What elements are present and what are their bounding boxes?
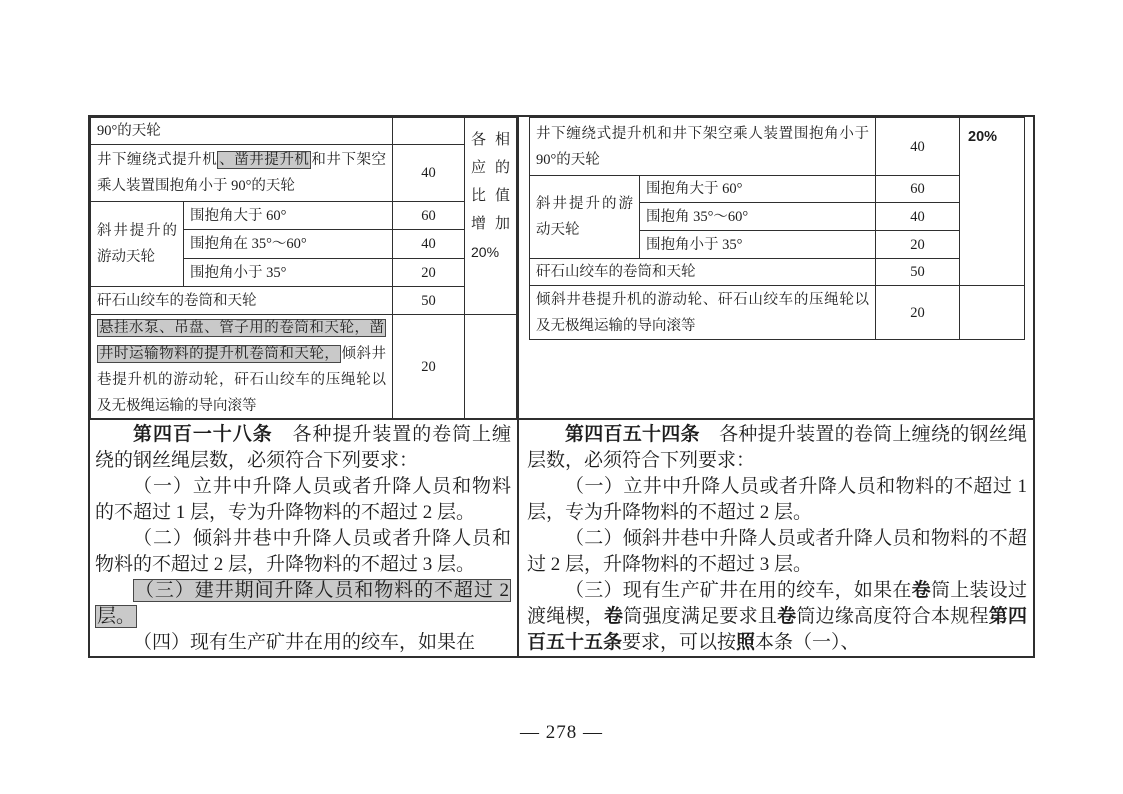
page-number: — 278 — [0,722,1123,744]
revision-bold-text: 卷 [912,580,931,601]
left-table-cell: 90°的天轮 各相 应的 比值 增加 20% 井下缠绕式提升机、凿井提升机和井下… [90,117,519,420]
ratio-note-line: 应的 [471,154,510,182]
left-article-text: 第四百一十八条 各种提升装置的卷筒上缠绕的钢丝绳层数，必须符合下列要求： （一）… [90,420,519,656]
angle-label-cell: 围抱角 35°～60° [640,203,876,231]
misc-label-cell: 悬挂水泵、吊盘、管子用的卷筒和天轮，凿井时运输物料的提升机卷筒和天轮，倾斜井巷提… [91,315,393,420]
clause-text: 要求，可以按 [622,632,736,653]
angle-value-cell: 60 [876,176,960,203]
regulation-comparison-frame: 90°的天轮 各相 应的 比值 增加 20% 井下缠绕式提升机、凿井提升机和井下… [88,115,1035,658]
table-row: 矸石山绞车的卷筒和天轮 50 [91,287,517,315]
incline-group-cell: 斜井提升的游动天轮 [530,176,640,259]
ratio-note-line: 20% [471,238,510,266]
revision-bold-text: 照 [736,632,755,653]
angle-label-cell: 围抱角小于 35° [640,231,876,259]
clause-text: 本条（一）、 [755,632,860,653]
angle-value-cell: 20 [393,259,465,287]
left-clause-table: 90°的天轮 各相 应的 比值 增加 20% 井下缠绕式提升机、凿井提升机和井下… [90,117,517,420]
misc-value-cell: 20 [393,315,465,420]
clause-heading-paragraph: 第四百一十八条 各种提升装置的卷筒上缠绕的钢丝绳层数，必须符合下列要求： [95,422,511,474]
empty-ratio-cell [465,315,517,420]
clause-item-paragraph: （三）建井期间升降人员和物料的不超过 2 层。 [95,578,511,630]
angle-value-cell: 60 [393,202,465,230]
angle-value-cell: 40 [876,203,960,231]
article-number: 第四百一十八条 [133,424,273,445]
table-row: 斜井提升的游动天轮 围抱角大于 60° 60 [530,176,1025,203]
right-clause-table: 井下缠绕式提升机和井下架空乘人装置围抱角小于 90°的天轮 40 20% 斜井提… [529,117,1025,340]
ratio-note-cell: 20% [960,118,1025,286]
gangue-label-cell: 矸石山绞车的卷筒和天轮 [530,259,876,286]
clause-item-paragraph: （四）现有生产矿井在用的绞车，如果在 [95,630,511,656]
clause-text: 筒边缘高度符合本规程 [796,606,988,627]
winding-label-cell: 井下缠绕式提升机和井下架空乘人装置围抱角小于 90°的天轮 [530,118,876,176]
document-page: { "colors": { "highlight": "#c9c9c9", "b… [0,0,1123,794]
clause-item-paragraph: （三）现有生产矿井在用的绞车，如果在卷筒上装设过渡绳楔，卷筒强度满足要求且卷筒边… [527,578,1027,656]
table-row: 倾斜井巷提升机的游动轮、矸石山绞车的压绳轮以及无极绳运输的导向滚等 20 [530,286,1025,340]
table-row: 斜井提升的游动天轮 围抱角大于 60° 60 [91,202,517,230]
winding-label-cell: 井下缠绕式提升机、凿井提升机和井下架空乘人装置围抱角小于 90°的天轮 [91,145,393,202]
angle-value-cell: 20 [876,231,960,259]
revision-bold-text: 卷 [777,606,796,627]
clause-item-paragraph: （一）立井中升降人员或者升降人员和物料的不超过 1 层，专为升降物料的不超过 2… [527,474,1027,526]
right-table-cell: 井下缠绕式提升机和井下架空乘人装置围抱角小于 90°的天轮 40 20% 斜井提… [519,117,1033,420]
table-row: 井下缠绕式提升机和井下架空乘人装置围抱角小于 90°的天轮 40 20% [530,118,1025,176]
gangue-label-cell: 矸石山绞车的卷筒和天轮 [91,287,393,315]
clause-heading-paragraph: 第四百五十四条 各种提升装置的卷筒上缠绕的钢丝绳层数，必须符合下列要求： [527,422,1027,474]
incline-group-cell: 斜井提升的游动天轮 [91,202,184,287]
angle-value-cell: 40 [393,230,465,259]
clause-text: 筒强度满足要求且 [623,606,777,627]
winding-value-cell: 40 [393,145,465,202]
ratio-note-line: 比值 [471,182,510,210]
ratio-note-line: 增加 [471,210,510,238]
angle-label-cell: 围抱角在 35°～60° [184,230,393,259]
clause-item-paragraph: （一）立井中升降人员或者升降人员和物料的不超过 1 层，专为升降物料的不超过 2… [95,474,511,526]
winding-value-cell: 40 [876,118,960,176]
table-row: 悬挂水泵、吊盘、管子用的卷筒和天轮，凿井时运输物料的提升机卷筒和天轮，倾斜井巷提… [91,315,517,420]
empty-ratio-cell [960,286,1025,340]
misc-value-cell: 20 [876,286,960,340]
gangue-value-cell: 50 [876,259,960,286]
ratio-note-line: 各相 [471,126,510,154]
angle-label-cell: 围抱角大于 60° [184,202,393,230]
label-text: 井下缠绕式提升机 [97,152,217,168]
table-row: 井下缠绕式提升机、凿井提升机和井下架空乘人装置围抱角小于 90°的天轮 40 [91,145,517,202]
revision-bold-text: 卷 [604,606,623,627]
article-number: 第四百五十四条 [565,424,700,445]
angle-label-cell: 围抱角小于 35° [184,259,393,287]
revision-highlight: （三）建井期间升降人员和物料的不超过 2 层。 [95,579,511,628]
clause-item-paragraph: （二）倾斜井巷中升降人员或者升降人员和物料的不超过 2 层，升降物料的不超过 3… [95,526,511,578]
right-article-text: 第四百五十四条 各种提升装置的卷筒上缠绕的钢丝绳层数，必须符合下列要求： （一）… [519,420,1033,656]
clause-item-paragraph: （二）倾斜井巷中升降人员或者升降人员和物料的不超过 2 层，升降物料的不超过 3… [527,526,1027,578]
table-row: 90°的天轮 各相 应的 比值 增加 20% [91,118,517,145]
table-row: 矸石山绞车的卷筒和天轮 50 [530,259,1025,286]
ratio-note-cell: 各相 应的 比值 增加 20% [465,118,517,315]
revision-highlight: 、凿井提升机 [217,151,311,169]
misc-label-cell: 倾斜井巷提升机的游动轮、矸石山绞车的压绳轮以及无极绳运输的导向滚等 [530,286,876,340]
gangue-value-cell: 50 [393,287,465,315]
angle-label-cell: 围抱角大于 60° [640,176,876,203]
carryover-label-cell: 90°的天轮 [91,118,393,145]
clause-text: （三）现有生产矿井在用的绞车，如果在 [565,580,912,601]
carryover-value-cell [393,118,465,145]
